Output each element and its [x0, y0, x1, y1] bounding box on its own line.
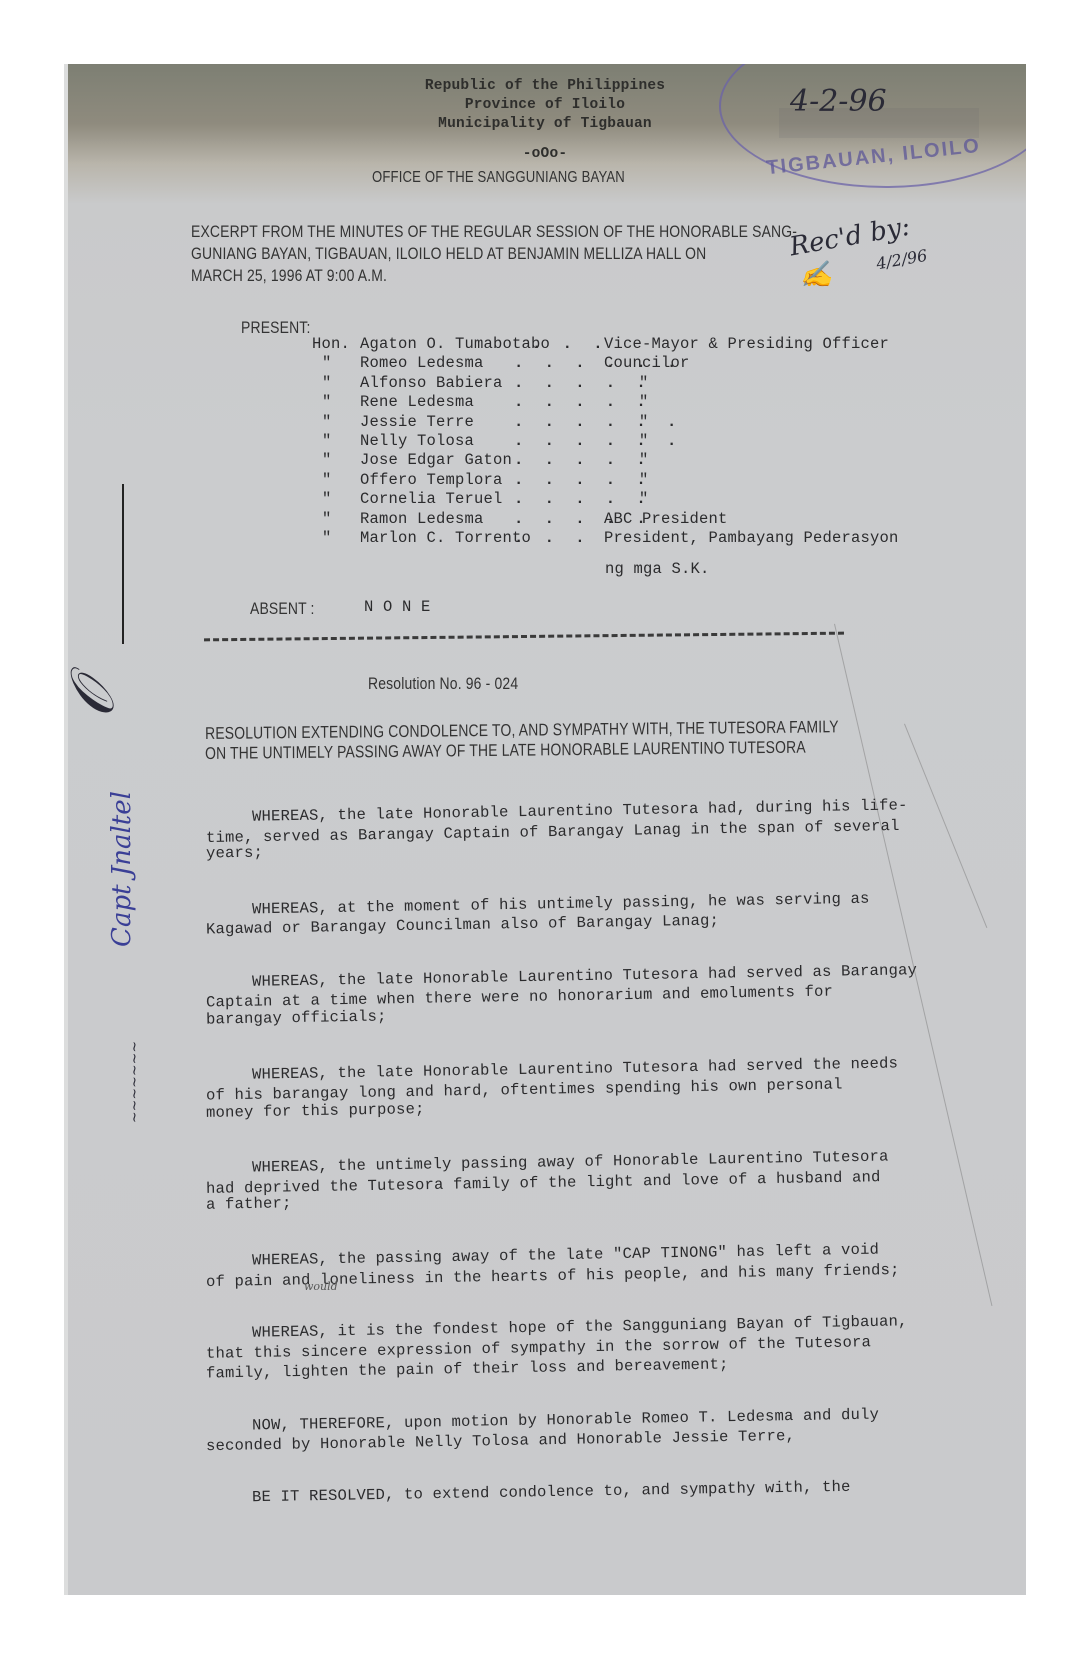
member-prefix: ": [322, 510, 332, 528]
member-position: ": [639, 490, 649, 508]
header-office: OFFICE OF THE SANGGUNIANG BAYAN: [372, 169, 625, 187]
paragraph-line: years;: [206, 844, 263, 863]
member-prefix: ": [322, 471, 332, 489]
member-leader-dots: . . . . .: [514, 374, 652, 392]
member-leader-dots: . . .: [514, 529, 591, 547]
resolution-number: Resolution No. 96 - 024: [368, 674, 518, 694]
absent-value: N O N E: [364, 598, 431, 616]
member-name: Alfonso Babiera: [360, 374, 503, 392]
member-prefix: ": [322, 432, 332, 450]
member-prefix: ": [322, 354, 332, 372]
member-leader-dots: . . . . . .: [514, 413, 682, 431]
member-leader-dots: . . . . . .: [514, 432, 682, 450]
member-position: Vice-Mayor & Presiding Officer: [604, 335, 889, 353]
member-name: Ramon Ledesma: [360, 510, 484, 528]
member-leader-dots: . . . . .: [514, 393, 652, 411]
excerpt-line-3: MARCH 25, 1996 AT 9:00 A.M.: [191, 266, 387, 286]
member-position: Councilor: [604, 354, 690, 372]
member-prefix: ": [322, 529, 332, 547]
member-prefix: ": [322, 413, 332, 431]
pencil-mark: [904, 724, 987, 928]
page-edge: [64, 64, 68, 1595]
member-position: ": [639, 432, 649, 450]
member-prefix: Hon.: [312, 335, 350, 353]
member-position: President, Pambayang Pederasyon: [604, 529, 899, 547]
paragraph-line: BE IT RESOLVED, to extend condolence to,…: [252, 1478, 851, 1506]
member-prefix: ": [322, 451, 332, 469]
position-continuation: ng mga S.K.: [605, 560, 710, 578]
member-name: Romeo Ledesma: [360, 354, 484, 372]
member-leader-dots: . . . . .: [514, 471, 652, 489]
member-prefix: ": [322, 393, 332, 411]
paragraph-line: barangay officials;: [206, 1007, 387, 1028]
member-prefix: ": [322, 490, 332, 508]
member-name: Jose Edgar Gaton: [360, 451, 512, 469]
member-name: Rene Ledesma: [360, 393, 474, 411]
absent-label: ABSENT :: [250, 599, 315, 619]
excerpt-line-1: EXCERPT FROM THE MINUTES OF THE REGULAR …: [191, 222, 797, 242]
member-position: ": [639, 413, 649, 431]
header-municipality: Municipality of Tigbauan: [64, 116, 1026, 132]
interlinear-insert: would: [304, 1280, 338, 1293]
member-name: Jessie Terre: [360, 413, 474, 431]
member-position: ": [639, 393, 649, 411]
margin-scribble: ~~~~~~~: [127, 1041, 143, 1123]
paragraph-line: money for this purpose;: [206, 1100, 425, 1122]
document-page: TIGBAUAN, ILOILO 4-2-96 Republic of the …: [64, 64, 1026, 1595]
margin-signature-icon: 𝒪: [64, 680, 128, 718]
member-position: ABC President: [604, 510, 728, 528]
dashed-divider: [204, 632, 844, 642]
header-separator: -oOo-: [64, 146, 1026, 162]
present-label: PRESENT:: [241, 318, 310, 338]
paragraph-line: a father;: [206, 1194, 292, 1213]
header-republic: Republic of the Philippines: [64, 78, 1026, 94]
member-name: Marlon C. Torrento: [360, 529, 531, 547]
excerpt-line-2: GUNIANG BAYAN, TIGBAUAN, ILOILO HELD AT …: [191, 244, 706, 264]
received-signature-icon: ✍: [800, 260, 832, 290]
member-position: ": [639, 374, 649, 392]
member-leader-dots: . . . . .: [514, 451, 652, 469]
member-name: Offero Templora: [360, 471, 503, 489]
member-name: Agaton O. Tumabotabo: [360, 335, 550, 353]
member-prefix: ": [322, 374, 332, 392]
member-leader-dots: . . . . .: [514, 490, 652, 508]
margin-blue-note: Capt Jnaltel: [107, 791, 137, 947]
header-province: Province of Iloilo: [64, 97, 1026, 113]
member-position: ": [639, 471, 649, 489]
member-leader-dots: . . .: [532, 335, 609, 353]
member-name: Cornelia Teruel: [360, 490, 503, 508]
margin-signature-stroke: [122, 484, 124, 644]
member-position: ": [639, 451, 649, 469]
member-name: Nelly Tolosa: [360, 432, 474, 450]
received-date-note: 4/2/96: [875, 246, 929, 274]
